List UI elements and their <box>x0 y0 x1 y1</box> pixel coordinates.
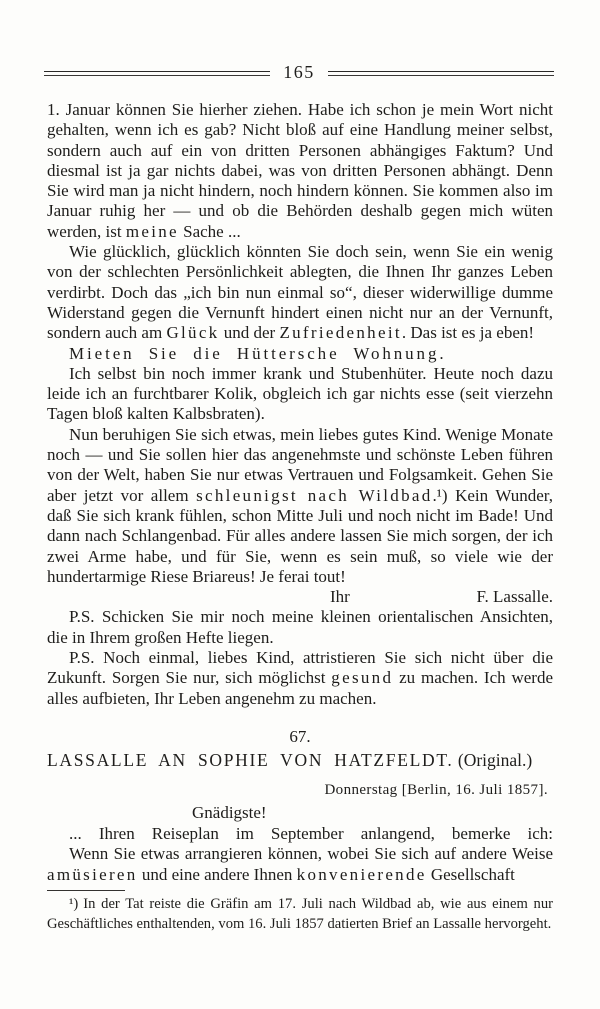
signature-closing: Ihr <box>330 587 350 607</box>
letter-heading-original-note: (Original.) <box>454 750 533 770</box>
paragraph-letter1-3-gesperrt: Mieten Sie die Hüttersche Wohnung. <box>47 344 553 364</box>
text-run: . Das ist es ja eben! <box>402 323 534 342</box>
paragraph-letter1-2: Wie glücklich, glücklich könnten Sie doc… <box>47 242 553 343</box>
page-number: 165 <box>283 63 315 81</box>
emphasis-gesperrt: Glück <box>166 323 219 342</box>
emphasis-gesperrt: schleunigst nach Wildbad <box>196 486 432 505</box>
emphasis-gesperrt: meine <box>126 222 179 241</box>
paragraph-postscript-2: P.S. Noch einmal, liebes Kind, attristie… <box>47 648 553 709</box>
footnote: ¹)In der Tat reiste die Gräfin am 17. Ju… <box>47 895 553 934</box>
text-run: und der <box>219 323 279 342</box>
text-run: Gesellschaft <box>427 865 515 884</box>
letter-heading-caps: LASSALLE AN SOPHIE VON HATZFELDT. <box>47 750 454 770</box>
paragraph-letter1-1: 1. Januar können Sie hierher ziehen. Hab… <box>47 100 553 242</box>
emphasis-gesperrt: gesund <box>331 668 393 687</box>
emphasis-gesperrt: amüsieren <box>47 865 138 884</box>
book-page: 165 1. Januar können Sie hierher ziehen.… <box>0 0 600 1009</box>
signature-line: Ihr F. Lassalle. <box>47 587 553 607</box>
paragraph-letter2-2: Wenn Sie etwas arrangieren können, wobei… <box>47 844 553 885</box>
dateline: Donnerstag [Berlin, 16. Juli 1857]. <box>47 780 553 800</box>
header-rule-left <box>44 71 270 76</box>
paragraph-letter1-5: Nun beruhigen Sie sich etwas, mein liebe… <box>47 425 553 587</box>
letter-heading: LASSALLE AN SOPHIE VON HATZFELDT. (Origi… <box>47 750 553 770</box>
letter-section-number: 67. <box>47 727 553 747</box>
text-run: 1. Januar können Sie hierher ziehen. Hab… <box>47 100 553 241</box>
page-text-column: 1. Januar können Sie hierher ziehen. Hab… <box>47 100 553 934</box>
footnote-separator-rule <box>47 890 125 891</box>
header-rule-right <box>328 71 554 76</box>
text-run: und eine andere Ihnen <box>138 865 297 884</box>
emphasis-gesperrt: konvenierende <box>297 865 427 884</box>
text-run: Sache ... <box>179 222 241 241</box>
emphasis-gesperrt: Zufriedenheit <box>279 323 401 342</box>
paragraph-postscript-1: P.S. Schicken Sie mir noch meine kleinen… <box>47 607 553 648</box>
running-head: 165 <box>44 64 554 82</box>
text-run: Wenn Sie etwas arrangieren können, wobei… <box>69 844 553 863</box>
signature-name: F. Lassalle. <box>476 587 553 607</box>
paragraph-letter1-4: Ich selbst bin noch immer krank und Stub… <box>47 364 553 425</box>
footnote-text: In der Tat reiste die Gräfin am 17. Juli… <box>47 896 553 932</box>
salutation: Gnädigste! <box>47 803 553 823</box>
footnote-marker: ¹) <box>69 896 78 912</box>
paragraph-letter2-1: ... Ihren Reiseplan im September anlange… <box>47 824 553 844</box>
